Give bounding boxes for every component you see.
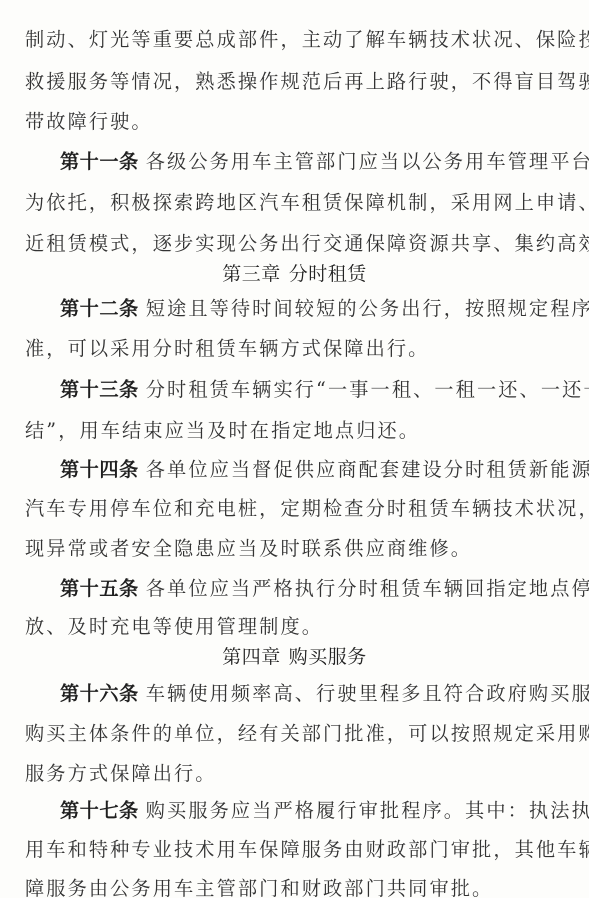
article-text: 车辆使用频率高、行驶里程多且符合政府购买服务 (146, 682, 589, 705)
article-number: 第十七条 (60, 799, 139, 822)
article-17-line-1: 第十七条购买服务应当严格履行审批程序。其中：执法执勤 (60, 799, 589, 823)
text-line: 带故障行驶。 (25, 110, 565, 134)
text-line: 准，可以采用分时租赁车辆方式保障出行。 (25, 337, 565, 361)
article-number: 第十一条 (60, 150, 139, 173)
chapter-heading: 第四章购买服务 (0, 645, 589, 669)
text-line: 制动、灯光等重要总成部件，主动了解车辆技术状况、保险投保、 (25, 28, 565, 52)
text-line: 服务方式保障出行。 (25, 762, 565, 786)
chapter-heading: 第三章分时租赁 (0, 262, 589, 286)
text-line: 障服务由公务用车主管部门和财政部门共同审批。 (25, 877, 565, 898)
text-line: 汽车专用停车位和充电桩，定期检查分时租赁车辆技术状况，发 (25, 497, 565, 521)
document-page: 制动、灯光等重要总成部件，主动了解车辆技术状况、保险投保、 救援服务等情况，熟悉… (0, 0, 589, 898)
article-number: 第十二条 (60, 297, 139, 320)
article-14-line-1: 第十四条各单位应当督促供应商配套建设分时租赁新能源 (60, 458, 589, 482)
article-11-line-1: 第十一条各级公务用车主管部门应当以公务用车管理平台 (60, 150, 589, 174)
text-line: 救援服务等情况，熟悉操作规范后再上路行驶，不得盲目驾驶和 (25, 70, 565, 94)
article-13-line-1: 第十三条分时租赁车辆实行“一事一租、一租一还、一还一 (60, 378, 589, 402)
article-number: 第十六条 (60, 682, 139, 705)
article-text: 各单位应当督促供应商配套建设分时租赁新能源 (146, 458, 589, 481)
article-text: 各级公务用车主管部门应当以公务用车管理平台 (146, 150, 589, 173)
article-text: 购买服务应当严格履行审批程序。其中：执法执勤 (146, 799, 589, 822)
article-text: 短途且等待时间较短的公务出行，按照规定程序批 (146, 297, 589, 320)
text-line: 近租赁模式，逐步实现公务出行交通保障资源共享、集约高效。 (25, 232, 565, 256)
article-15-line-1: 第十五条各单位应当严格执行分时租赁车辆回指定地点停 (60, 577, 589, 601)
text-line: 放、及时充电等使用管理制度。 (25, 615, 565, 639)
chapter-number: 第三章 (222, 263, 281, 285)
text-line: 为依托，积极探索跨地区汽车租赁保障机制，采用网上申请、就 (25, 191, 565, 215)
article-number: 第十五条 (60, 577, 139, 600)
text-line: 购买主体条件的单位，经有关部门批准，可以按照规定采用购买 (25, 722, 565, 746)
article-12-line-1: 第十二条短途且等待时间较短的公务出行，按照规定程序批 (60, 297, 589, 321)
chapter-title: 购买服务 (289, 646, 367, 668)
chapter-title: 分时租赁 (289, 263, 367, 285)
text-line: 结”，用车结束应当及时在指定地点归还。 (25, 419, 565, 443)
article-text: 各单位应当严格执行分时租赁车辆回指定地点停 (146, 577, 589, 600)
article-16-line-1: 第十六条车辆使用频率高、行驶里程多且符合政府购买服务 (60, 682, 589, 706)
article-text: 分时租赁车辆实行“一事一租、一租一还、一还一 (146, 378, 589, 401)
article-number: 第十四条 (60, 458, 139, 481)
chapter-number: 第四章 (222, 646, 281, 668)
text-line: 用车和特种专业技术用车保障服务由财政部门审批，其他车辆保 (25, 838, 565, 862)
article-number: 第十三条 (60, 378, 139, 401)
text-line: 现异常或者安全隐患应当及时联系供应商维修。 (25, 537, 565, 561)
